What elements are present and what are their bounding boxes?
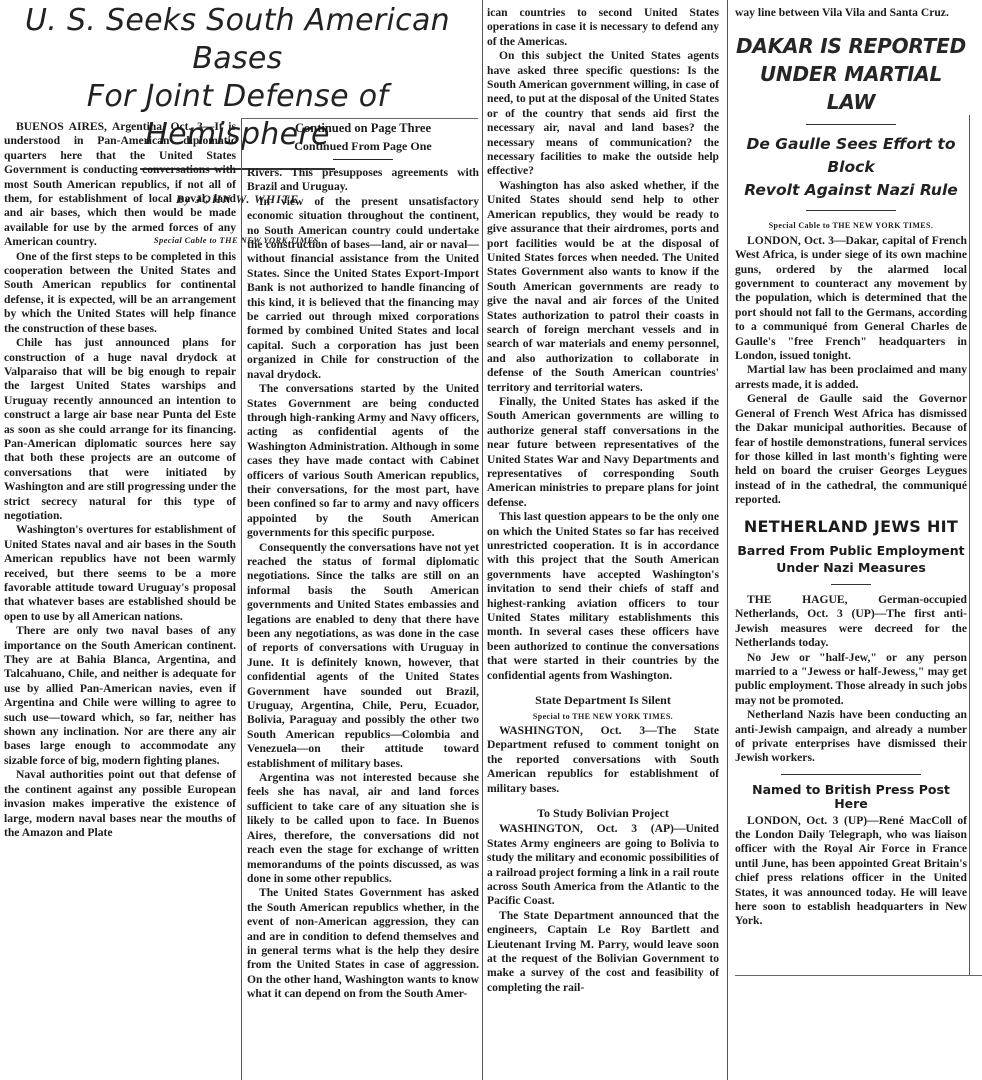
paragraph: No Jew or "half-Jew," or any person marr… [735, 651, 967, 709]
column-1: BUENOS AIRES, Argentina, Oct. 3—It is un… [4, 120, 236, 840]
deck-rule [831, 584, 871, 585]
continuation-box: Continued on Page Three Continued From P… [247, 120, 479, 160]
paragraph: This last question appears to be the onl… [487, 510, 719, 683]
paragraph: Rivers. This presupposes agreements with… [247, 166, 479, 195]
bolivia-subhead: To Study Bolivian Project [487, 806, 719, 820]
column-3: ican countries to second United States o… [487, 6, 719, 995]
paragraph: LONDON, Oct. 3—Dakar, capital of French … [735, 234, 967, 364]
british-press-headline: Named to British Press Post Here [735, 783, 967, 812]
state-dept-subhead: State Department Is Silent [487, 693, 719, 707]
dakar-credit: Special Cable to THE NEW YORK TIMES. [735, 219, 967, 233]
netherland-deck: Barred From Public Employment Under Nazi… [735, 542, 967, 576]
paragraph: Chile has just announced plans for const… [4, 336, 236, 523]
paragraph: Washington has also asked whether, if th… [487, 179, 719, 395]
column-divider [727, 0, 728, 1080]
paragraph: General de Gaulle said the Governor Gene… [735, 392, 967, 507]
section-rule [781, 774, 921, 775]
paragraph: Netherland Nazis have been conducting an… [735, 708, 967, 766]
bottom-rule [735, 975, 982, 976]
continued-on-label: Continued on Page Three [247, 120, 479, 137]
netherland-deck-line-2: Under Nazi Measures [735, 559, 967, 576]
dakar-deck: De Gaulle Sees Effort to Block Revolt Ag… [735, 133, 967, 202]
column-2: Continued on Page Three Continued From P… [247, 120, 479, 1002]
paragraph: ican countries to second United States o… [487, 6, 719, 49]
paragraph: One of the first steps to be completed i… [4, 250, 236, 336]
paragraph: LONDON, Oct. 3 (UP)—René MacColl of the … [735, 814, 967, 929]
paragraph: Naval authorities point out that defense… [4, 768, 236, 840]
paragraph: There are only two naval bases of any im… [4, 624, 236, 768]
netherland-deck-line-1: Barred From Public Employment [735, 542, 967, 559]
paragraph: The State Department announced that the … [487, 909, 719, 995]
netherland-headline: NETHERLAND JEWS HIT [735, 520, 967, 534]
deck-rule [806, 210, 896, 211]
paragraph: The United States Government has asked t… [247, 886, 479, 1001]
dakar-headline: DAKAR IS REPORTED UNDER MARTIAL LAW [735, 32, 967, 116]
continuation-box-top-rule [241, 118, 478, 119]
paragraph: THE HAGUE, German-occupied Netherlands, … [735, 593, 967, 651]
main-headline-line-1: U. S. Seeks South American Bases [0, 2, 475, 78]
bolivia-continuation: way line between Vila Vila and Santa Cru… [735, 6, 967, 20]
paragraph: Martial law has been proclaimed and many… [735, 363, 967, 392]
continued-from-label: Continued From Page One [247, 137, 479, 156]
column-4: way line between Vila Vila and Santa Cru… [735, 6, 967, 929]
column-divider [482, 0, 483, 1080]
paragraph: Argentina was not interested because she… [247, 771, 479, 886]
paragraph: In view of the present unsatisfactory ec… [247, 195, 479, 382]
state-dept-credit: Special to THE NEW YORK TIMES. [487, 710, 719, 724]
paragraph: The conversations started by the United … [247, 382, 479, 540]
dakar-deck-line-1: De Gaulle Sees Effort to Block [735, 133, 967, 179]
continuation-rule [333, 159, 393, 160]
paragraph: WASHINGTON, Oct. 3—The State Department … [487, 724, 719, 796]
paragraph: Consequently the conversations have not … [247, 541, 479, 772]
column-divider [241, 118, 242, 1080]
paragraph: On this subject the United States agents… [487, 49, 719, 179]
dakar-headline-line-1: DAKAR IS REPORTED [735, 32, 967, 60]
column-divider [969, 115, 970, 975]
paragraph: Washington's overtures for establishment… [4, 523, 236, 624]
paragraph: Finally, the United States has asked if … [487, 395, 719, 510]
dakar-deck-line-2: Revolt Against Nazi Rule [735, 179, 967, 202]
paragraph: WASHINGTON, Oct. 3 (AP)—United States Ar… [487, 822, 719, 908]
paragraph: BUENOS AIRES, Argentina, Oct. 3—It is un… [4, 120, 236, 250]
dakar-headline-line-2: UNDER MARTIAL LAW [735, 60, 967, 116]
headline-rule [806, 124, 896, 125]
